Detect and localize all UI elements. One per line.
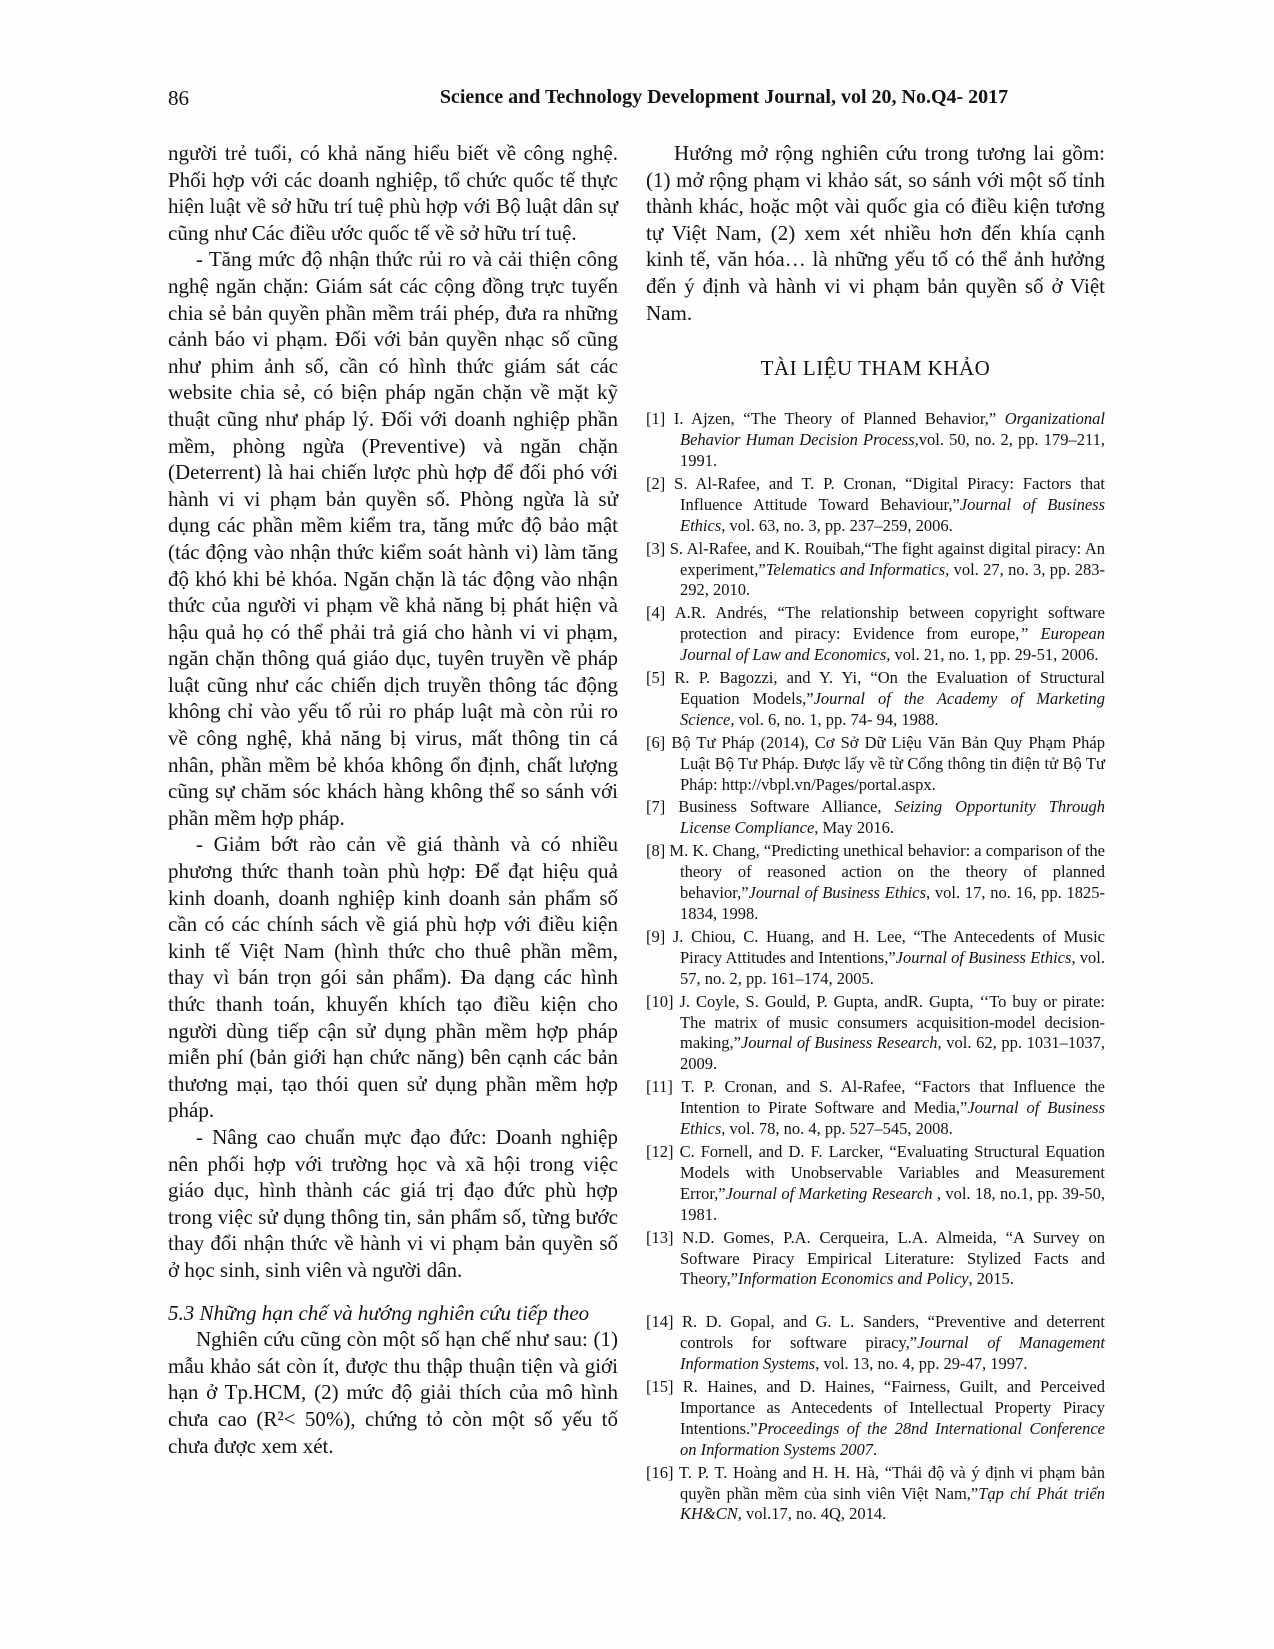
reference-item: [1] I. Ajzen, “The Theory of Planned Beh…: [646, 409, 1105, 472]
reference-source-italic: Journal of Business Ethics: [749, 883, 926, 902]
reference-item: [14] R. D. Gopal, and G. L. Sanders, “Pr…: [646, 1312, 1105, 1375]
two-column-body: người trẻ tuổi, có khả năng hiểu biết về…: [168, 140, 1105, 1527]
reference-item: [5] R. P. Bagozzi, and Y. Yi, “On the Ev…: [646, 668, 1105, 731]
reference-number: [3]: [646, 539, 670, 558]
reference-source-italic: Journal of Marketing Research: [726, 1184, 933, 1203]
reference-text: , vol. 13, no. 4, pp. 29-47, 1997.: [815, 1354, 1027, 1373]
body-paragraph: - Tăng mức độ nhận thức rủi ro và cải th…: [168, 246, 618, 831]
left-column: người trẻ tuổi, có khả năng hiểu biết về…: [168, 140, 618, 1459]
body-paragraph: Hướng mở rộng nghiên cứu trong tương lai…: [646, 140, 1105, 326]
reference-item: [11] T. P. Cronan, and S. Al-Rafee, “Fac…: [646, 1077, 1105, 1140]
reference-number: [15]: [646, 1377, 683, 1396]
reference-text: , vol. 6, no. 1, pp. 74- 94, 1988.: [730, 710, 938, 729]
journal-title: Science and Technology Development Journ…: [343, 86, 1105, 109]
reference-list: [1] I. Ajzen, “The Theory of Planned Beh…: [646, 409, 1105, 1525]
reference-item: [12] C. Fornell, and D. F. Larcker, “Eva…: [646, 1142, 1105, 1226]
reference-text: , vol. 21, no. 1, pp. 29-51, 2006.: [886, 645, 1098, 664]
reference-item: [9] J. Chiou, C. Huang, and H. Lee, “The…: [646, 927, 1105, 990]
reference-text: I. Ajzen, “The Theory of Planned Behavio…: [674, 409, 1005, 428]
references-heading: TÀI LIỆU THAM KHẢO: [646, 356, 1105, 381]
section-heading: 5.3 Những hạn chế và hướng nghiên cứu ti…: [168, 1300, 618, 1327]
reference-item: [8] M. K. Chang, “Predicting unethical b…: [646, 841, 1105, 925]
reference-number: [9]: [646, 927, 673, 946]
reference-number: [7]: [646, 797, 678, 816]
reference-text: Bộ Tư Pháp (2014), Cơ Sở Dữ Liệu Văn Bản…: [671, 733, 1105, 794]
page-header: 86 Science and Technology Development Jo…: [168, 86, 1105, 114]
reference-number: [10]: [646, 992, 679, 1011]
right-column-paragraphs: Hướng mở rộng nghiên cứu trong tương lai…: [646, 140, 1105, 326]
reference-source-italic: Telematics and Informatics: [766, 560, 945, 579]
reference-number: [5]: [646, 668, 674, 687]
reference-number: [8]: [646, 841, 669, 860]
reference-number: [11]: [646, 1077, 682, 1096]
reference-number: [4]: [646, 603, 675, 622]
reference-item: [4] A.R. Andrés, “The relationship betwe…: [646, 603, 1105, 666]
reference-item: [15] R. Haines, and D. Haines, “Fairness…: [646, 1377, 1105, 1461]
reference-text: vol. 63, no. 3, pp. 237–259, 2006.: [725, 516, 952, 535]
reference-item: [6] Bộ Tư Pháp (2014), Cơ Sở Dữ Liệu Văn…: [646, 733, 1105, 796]
body-paragraph: - Giảm bớt rào cản về giá thành và có nh…: [168, 831, 618, 1124]
reference-number: [6]: [646, 733, 671, 752]
body-paragraph: - Nâng cao chuẩn mực đạo đức: Doanh nghi…: [168, 1124, 618, 1284]
reference-source-italic: Journal of Business Ethics: [896, 948, 1072, 967]
right-column: Hướng mở rộng nghiên cứu trong tương lai…: [646, 140, 1105, 1527]
reference-item: [10] J. Coyle, S. Gould, P. Gupta, andR.…: [646, 992, 1105, 1076]
reference-text: .: [873, 1440, 877, 1459]
body-paragraph: người trẻ tuổi, có khả năng hiểu biết về…: [168, 140, 618, 246]
reference-text: , 2015.: [969, 1269, 1014, 1288]
body-paragraph: Nghiên cứu cũng còn một số hạn chế như s…: [168, 1326, 618, 1459]
reference-item: [3] S. Al-Rafee, and K. Rouibah,“The fig…: [646, 539, 1105, 602]
reference-number: [2]: [646, 474, 674, 493]
reference-item: [7] Business Software Alliance, Seizing …: [646, 797, 1105, 839]
reference-text: , vol. 78, no. 4, pp. 527–545, 2008.: [721, 1119, 952, 1138]
reference-item: [2] S. Al-Rafee, and T. P. Cronan, “Digi…: [646, 474, 1105, 537]
reference-source-italic: Journal of Business Research: [741, 1033, 938, 1052]
reference-item: [13] N.D. Gomes, P.A. Cerqueira, L.A. Al…: [646, 1228, 1105, 1291]
reference-text: , vol.17, no. 4Q, 2014.: [738, 1504, 887, 1523]
reference-text: , May 2016.: [814, 818, 894, 837]
reference-source-italic: Information Economics and Policy: [738, 1269, 969, 1288]
reference-text: Business Software Alliance,: [678, 797, 894, 816]
reference-number: [14]: [646, 1312, 682, 1331]
reference-number: [16]: [646, 1463, 679, 1482]
page-number: 86: [168, 86, 189, 111]
reference-number: [1]: [646, 409, 674, 428]
reference-number: [13]: [646, 1228, 682, 1247]
reference-number: [12]: [646, 1142, 680, 1161]
reference-item: [16] T. P. T. Hoàng and H. H. Hà, “Thái …: [646, 1463, 1105, 1526]
paper-page: 86 Science and Technology Development Jo…: [0, 0, 1274, 1649]
